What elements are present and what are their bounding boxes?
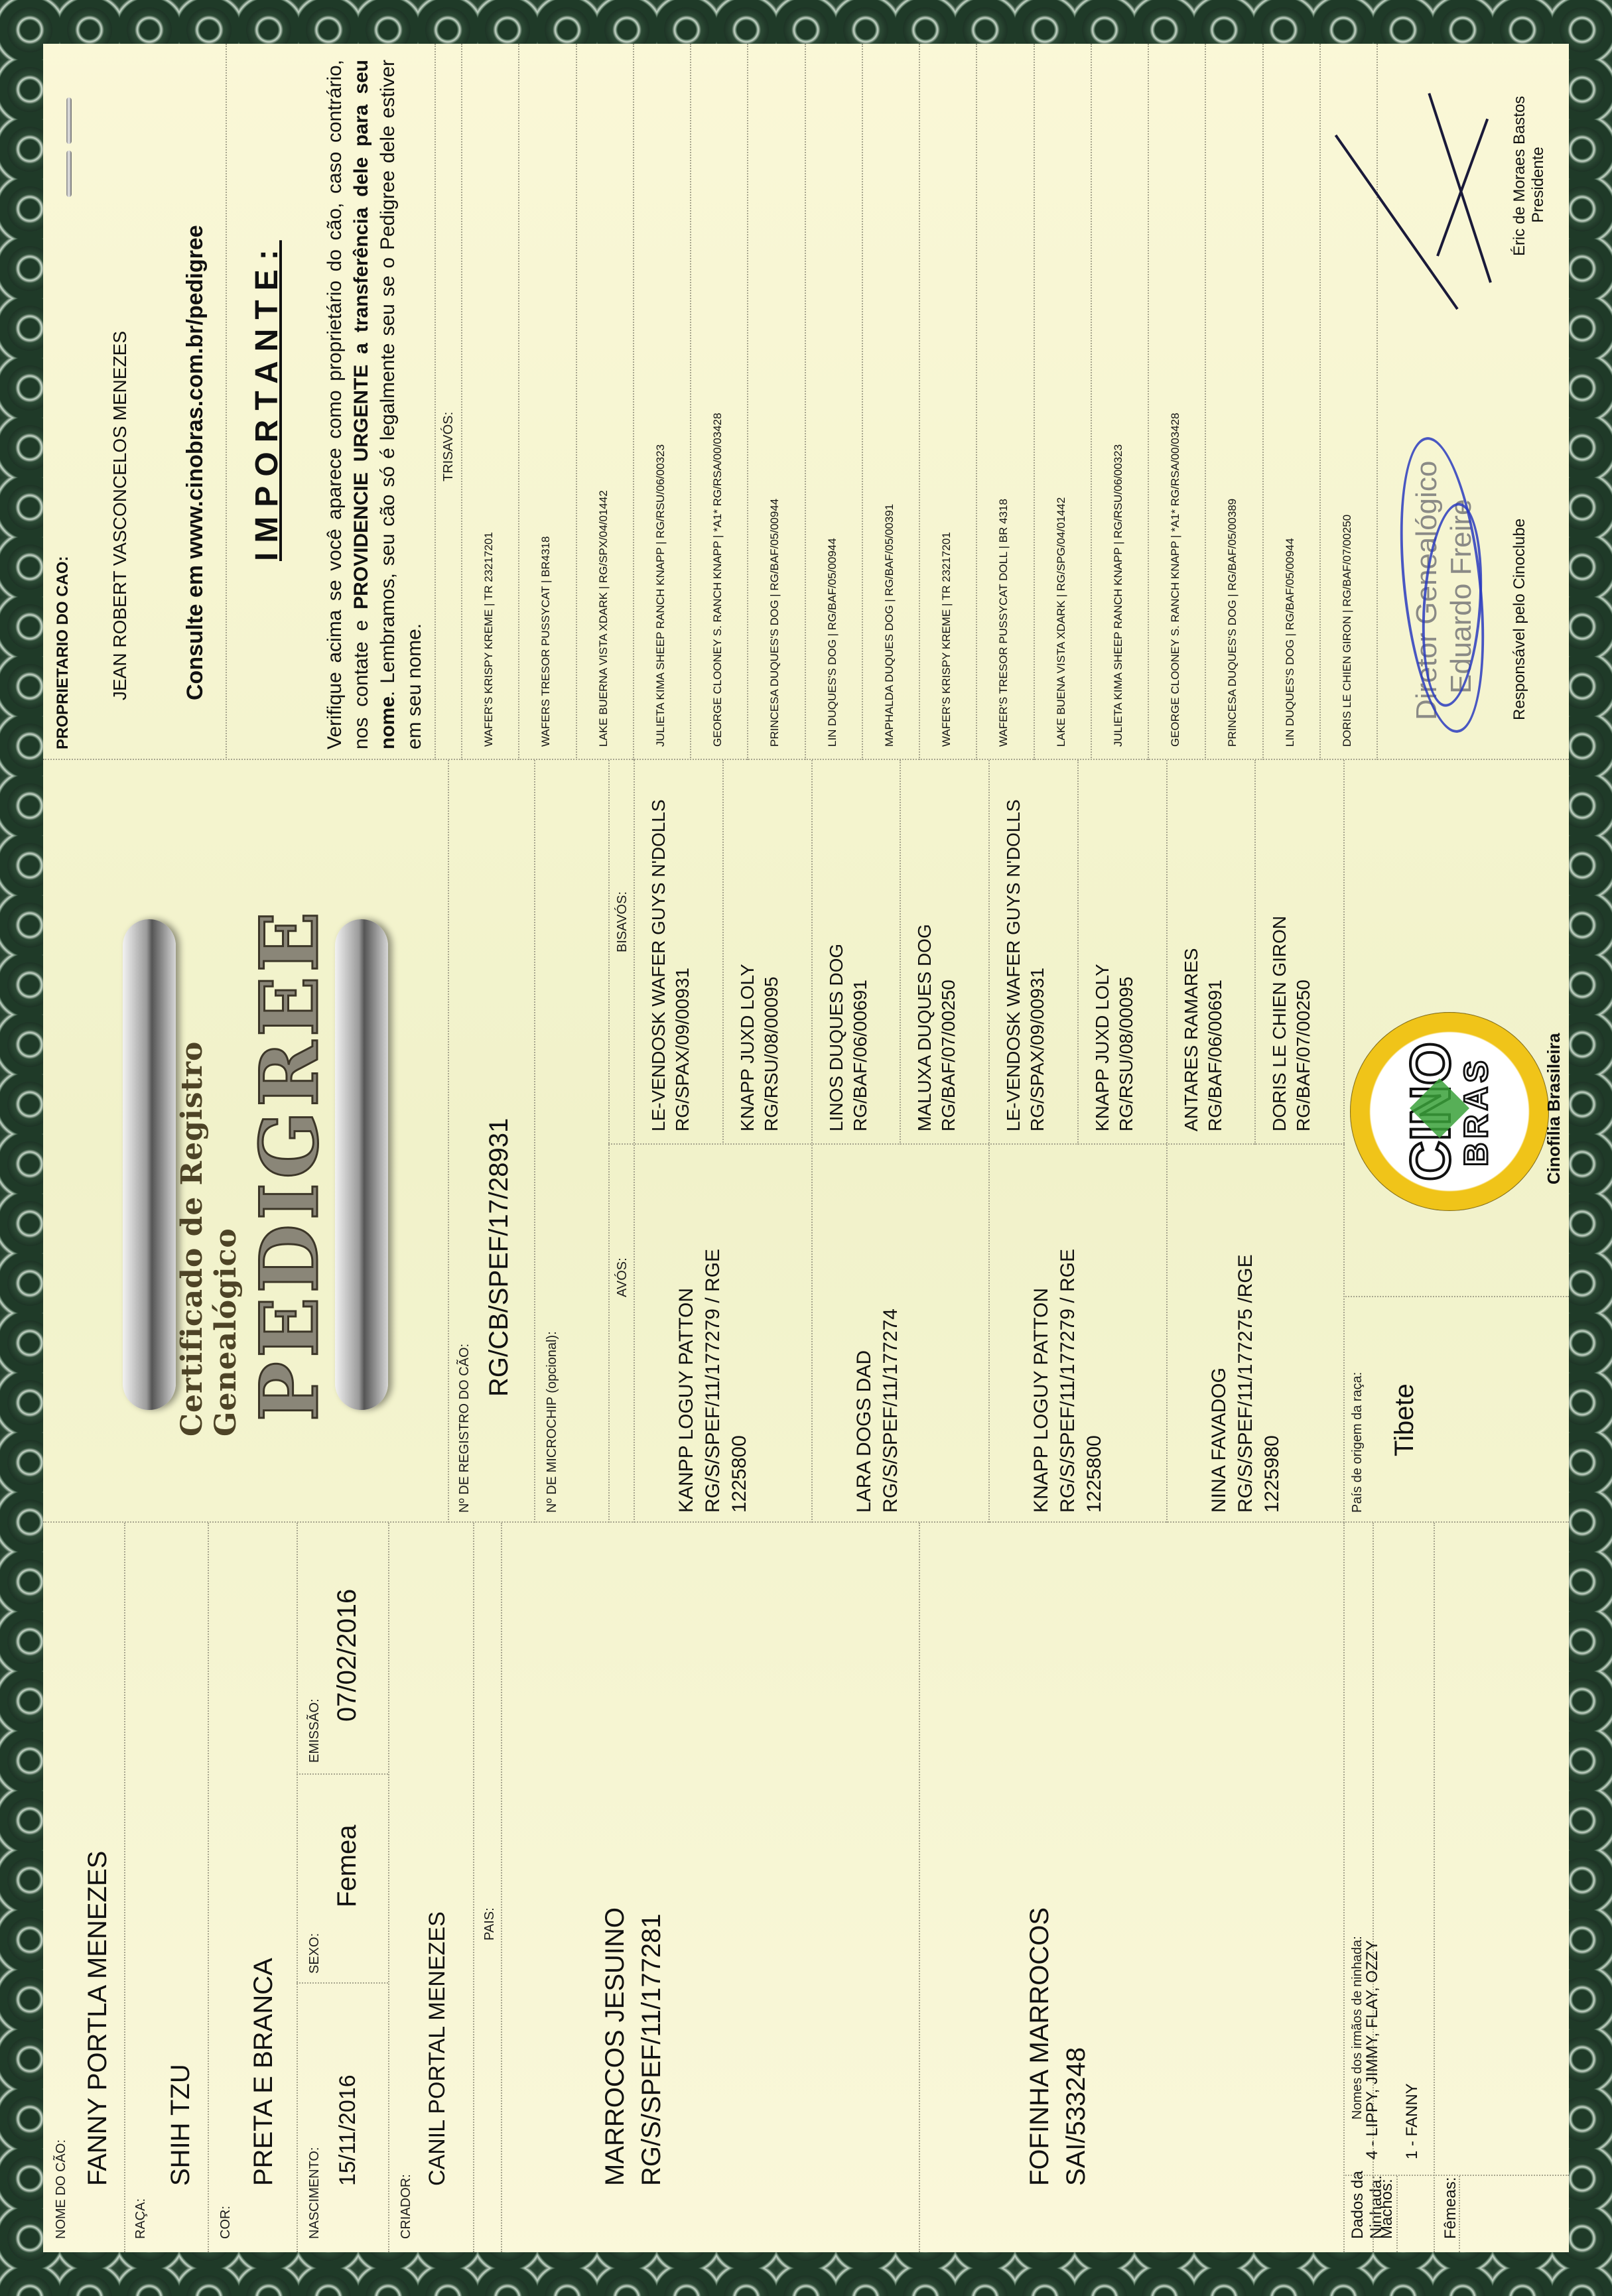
great-great-grandparent-entry: GEORGE CLOONEY S. RANCH KNAPP | *A1* RG/… <box>1169 413 1182 747</box>
dam-registry: SAI/533248 <box>1061 2047 1091 2186</box>
great-grandparent-entry: MALUXA DUQUES DOGRG/BAF/07/00250 <box>913 773 961 1131</box>
cinobras-caption: Cinofilia Brasileira <box>1544 1033 1564 1184</box>
dog-name-label: NOME DO CÃO: <box>54 2139 69 2239</box>
breeder-label: CRIADOR: <box>399 2174 414 2239</box>
great-grandparent-entry: LE-VENDOSK WAFER GUYS N'DOLLSRG/SPAX/09/… <box>647 773 695 1131</box>
staple <box>66 151 72 197</box>
sire-name: MARROCOS JESUINO <box>600 1907 630 2186</box>
owner-name: JEAN ROBERT VASCONCELOS MENEZES <box>109 331 131 700</box>
great-great-label: TRISAVÓS: <box>441 412 456 481</box>
staple <box>66 97 72 144</box>
grandparent-entry: NINA FAVADOGRG/S/SPEF/11/177275 /RGE1225… <box>1206 1254 1286 1513</box>
females-list: 1 - FANNY <box>1403 2083 1422 2159</box>
males-list: 4 - LIPPY, JIMMY, FLAY, OZZY <box>1363 1941 1382 2159</box>
great-great-grandparent-entry: JULIETA KIMA SHEEP RANCH KNAPP | RG/RSU/… <box>654 444 667 747</box>
president-title: Presidente <box>1529 147 1548 223</box>
females-label: Fêmeas: <box>1442 2177 1460 2239</box>
breed-value: SHIH TZU <box>166 2064 196 2186</box>
pedigree-header: Certificado de Registro Genealógico PEDI… <box>70 893 441 1436</box>
great-great-grandparent-entry: LIN DUQUES'S DOG | RG/BAF/05/00944 <box>826 538 839 747</box>
breed-label: RAÇA: <box>133 2199 149 2239</box>
great-grandparent-entry: KNAPP JUXD LOLYRG/RSU/08/00095 <box>1091 773 1138 1131</box>
sire-registry: RG/S/SPEF/11/177281 <box>637 1913 667 2186</box>
cinobras-logo: CINO BRAS <box>1350 1012 1549 1211</box>
birth-label: NASCIMENTO: <box>307 2147 322 2239</box>
color-value: PRETA E BRANCA <box>249 1958 279 2186</box>
origin-label: País de origem da raça: <box>1350 1372 1365 1513</box>
sex-value: Femea <box>332 1825 362 1908</box>
origin-value: Tibete <box>1390 1383 1420 1456</box>
great-great-grandparent-entry: WAFER'S KRISPY KREME | TR 23217201 <box>482 532 496 747</box>
great-grandparent-entry: DORIS LE CHIEN GIRONRG/BAF/07/00250 <box>1268 773 1315 1131</box>
great-grandparents-label: BISAVÓS: <box>615 891 630 952</box>
great-great-grandparent-entry: PRINCESA DUQUES'S DOG | RG/BAF/05/00944 <box>768 499 781 747</box>
consult-link[interactable]: Consulte em www.cinobras.com.br/pedigree <box>182 225 208 700</box>
grandparent-entry: KNAPP LOGUY PATTONRG/S/SPEF/11/177279 / … <box>1028 1249 1108 1513</box>
issue-date: 07/02/2016 <box>332 1589 362 1722</box>
president-name: Éric de Moraes Bastos <box>1511 96 1529 256</box>
registry-label: Nº DE REGISTRO DO CÃO: <box>457 1344 472 1513</box>
great-grandparent-entry: ANTARES RAMARESRG/BAF/06/00691 <box>1179 773 1227 1131</box>
great-great-grandparent-entry: WAFER'S KRISPY KREME | TR 23217201 <box>940 532 953 747</box>
great-grandparent-entry: LINOS DUQUES DOGRG/BAF/06/00691 <box>825 773 872 1131</box>
great-great-grandparent-entry: DORIS LE CHIEN GIRON | RG/BAF/07/00250 <box>1341 515 1354 747</box>
males-label: Machos: <box>1378 2179 1396 2239</box>
registry-number: RG/CB/SPEF/17/28931 <box>484 1118 514 1397</box>
responsible-label: Responsável pelo Cinoclube <box>1511 519 1529 720</box>
birth-date: 15/11/2016 <box>335 2074 361 2186</box>
microchip-label: Nº DE MICROCHIP (opcional): <box>545 1331 560 1513</box>
great-great-grandparent-entry: MAPHALDA DUQUES DOG | RG/BAF/05/00391 <box>883 504 896 747</box>
great-great-grandparent-entry: PRINCESA DUQUES'S DOG | RG/BAF/05/00389 <box>1226 499 1239 747</box>
grandparent-entry: LARA DOGS DADRG/S/SPEF/11/177274 <box>851 1308 904 1513</box>
important-heading: IMPORTANTE: <box>249 240 285 561</box>
great-great-grandparent-entry: LAKE BUERNA VISTA XDARK | RG/SPX/04/0144… <box>597 490 610 747</box>
great-great-grandparent-entry: LAKE BUENA VISTA XDARK | RG/SPG/04/01442 <box>1055 497 1068 747</box>
great-great-grandparent-entry: GEORGE CLOONEY S. RANCH KNAPP | *A1* RG/… <box>711 413 724 747</box>
chain-ornament-bottom <box>335 919 388 1410</box>
great-grandparent-entry: LE-VENDOSK WAFER GUYS N'DOLLSRG/SPAX/09/… <box>1002 773 1049 1131</box>
issue-label: EMISSÃO: <box>307 1698 322 1763</box>
parents-label: PAIS: <box>482 1907 498 1941</box>
grandparents-label: AVÓS: <box>615 1257 630 1297</box>
certificate-title: PEDIGREE <box>243 907 336 1421</box>
breeder-value: CANIL PORTAL MENEZES <box>425 1911 450 2186</box>
dam-name: FOFINHA MARROCOS <box>1025 1907 1055 2186</box>
color-label: COR: <box>218 2206 234 2239</box>
dog-info-panel: NOME DO CÃO: FANNY PORTLA MENEZES RAÇA: … <box>43 1523 1569 2252</box>
president-signature <box>1335 135 1459 310</box>
great-great-grandparent-entry: WAFER'S TRESOR PUSSYCAT DOLL | BR 4318 <box>997 499 1010 747</box>
great-great-grandparent-entry: JULIETA KIMA SHEEP RANCH KNAPP | RG/RSU/… <box>1112 444 1125 747</box>
pedigree-certificate: NOME DO CÃO: FANNY PORTLA MENEZES RAÇA: … <box>43 44 1569 2252</box>
owner-panel: PROPRIETARIO DO CAO: JEAN ROBERT VASCONC… <box>43 44 1569 760</box>
certificate-subtitle: Certificado de Registro Genealógico <box>175 893 243 1436</box>
dog-name: FANNY PORTLA MENEZES <box>83 1851 113 2186</box>
great-great-grandparent-entry: LIN DUQUES'S DOG | RG/BAF/05/00944 <box>1284 538 1297 747</box>
great-grandparent-entry: KNAPP JUXD LOLYRG/RSU/08/00095 <box>736 773 783 1131</box>
owner-label: PROPRIETARIO DO CAO: <box>54 556 72 749</box>
grandparent-entry: KANPP LOGUY PATTONRG/S/SPEF/11/177279 / … <box>673 1249 753 1513</box>
great-great-grandparent-entry: WAFERS TRESOR PUSSYCAT | BR4318 <box>539 537 553 747</box>
chain-ornament-top <box>123 919 176 1410</box>
sex-label: SEXO: <box>307 1933 322 1974</box>
important-notice: Verifique acima se você aparece como pro… <box>322 60 428 749</box>
